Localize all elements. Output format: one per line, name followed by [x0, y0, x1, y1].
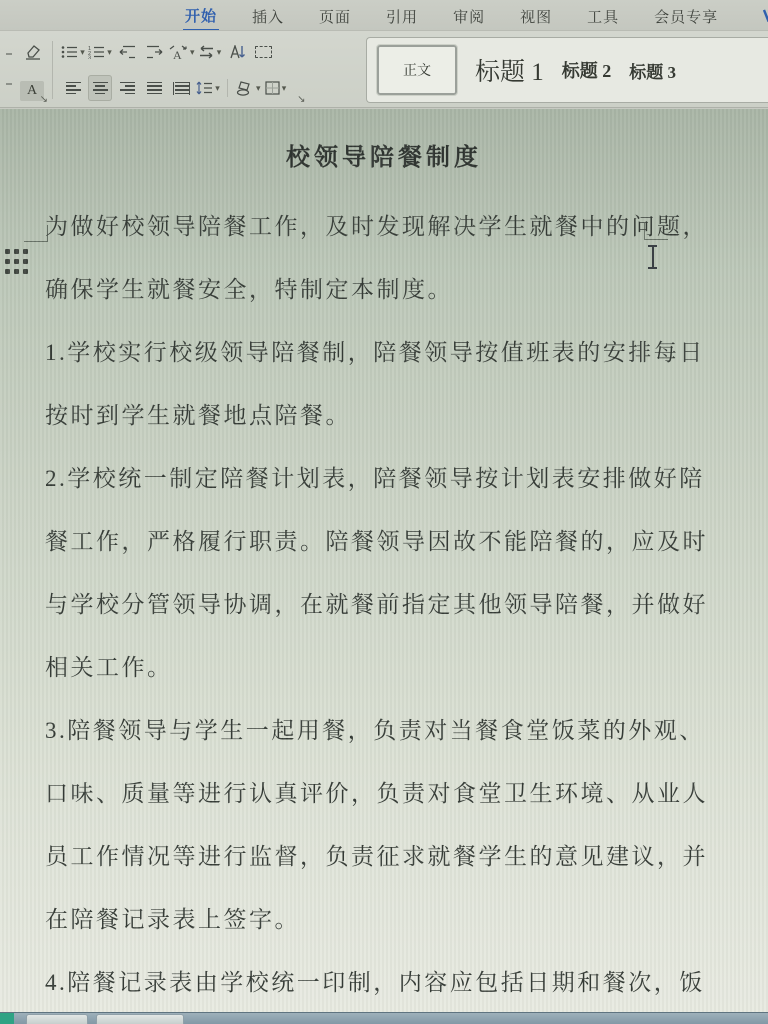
- font-group: A ↘: [14, 37, 50, 103]
- wps-logo[interactable]: WP: [763, 7, 768, 24]
- doc-line: 为做好校领导陪餐工作，及时发现解决学生就餐中的问题，: [45, 193, 730, 256]
- shading-icon[interactable]: ▾: [235, 75, 261, 101]
- toolbar-separator: [52, 41, 53, 99]
- numbered-list-icon[interactable]: 1 2 3 ▾: [88, 39, 112, 65]
- paragraph-group: ▾ 1 2 3 ▾: [55, 37, 302, 103]
- taskbar: [0, 1012, 768, 1024]
- line-spacing-icon[interactable]: ▾: [196, 75, 220, 101]
- paragraph-dialog-launcher-icon[interactable]: ↘: [297, 94, 305, 105]
- doc-line: 确保学生就餐安全，特制定本制度。: [45, 256, 730, 319]
- menu-tab-view[interactable]: 视图: [518, 1, 554, 30]
- borders-icon[interactable]: ▾: [264, 75, 288, 101]
- style-heading-1[interactable]: 标题 1: [475, 52, 544, 88]
- toolbar: A ↘ ▾ 1 2 3 ▾: [0, 30, 768, 108]
- doc-line: 在陪餐记录表上签字。: [45, 886, 730, 949]
- distribute-text-icon[interactable]: [169, 75, 193, 101]
- menu-tab-reference[interactable]: 引用: [384, 1, 420, 30]
- menu-tab-insert[interactable]: 插入: [250, 1, 286, 30]
- doc-line: 员工作情况等进行监督，负责征求就餐学生的意见建议，并: [45, 823, 730, 886]
- show-formatting-marks-icon[interactable]: [252, 39, 276, 65]
- menu-tab-review[interactable]: 审阅: [451, 1, 487, 30]
- bullet-list-icon[interactable]: ▾: [61, 39, 85, 65]
- style-heading-3[interactable]: 标题 3: [629, 58, 676, 83]
- align-center-icon[interactable]: [88, 75, 112, 101]
- menu-bar: 开始 插入 页面 引用 审阅 视图 工具 会员专享 WP: [0, 0, 768, 30]
- doc-line: 口味、质量等进行认真评价，负责对食堂卫生环境、从业人: [45, 760, 730, 823]
- text-cursor-icon: [648, 245, 657, 269]
- wps-logo-icon: [763, 8, 768, 22]
- taskbar-button[interactable]: [26, 1014, 88, 1024]
- style-heading-2[interactable]: 标题 2: [562, 57, 612, 83]
- clear-format-icon[interactable]: [20, 39, 44, 65]
- doc-line: 按时到学生就餐地点陪餐。: [45, 382, 730, 445]
- style-gallery: 正文 标题 1 标题 2 标题 3: [366, 37, 768, 103]
- toolbar-separator: [227, 79, 228, 97]
- increase-indent-icon[interactable]: [142, 39, 166, 65]
- clipped-toolbar-icons: [6, 37, 14, 103]
- menu-tab-page[interactable]: 页面: [317, 1, 353, 30]
- align-left-icon[interactable]: [61, 75, 85, 101]
- font-dialog-launcher-icon[interactable]: ↘: [40, 94, 48, 105]
- document-title: 校领导陪餐制度: [0, 137, 768, 172]
- doc-line: 餐工作，严格履行职责。陪餐领导因故不能陪餐的，应及时: [45, 508, 730, 571]
- menu-tab-member[interactable]: 会员专享: [652, 1, 720, 30]
- menu-tab-tools[interactable]: 工具: [585, 1, 621, 30]
- doc-line: 与学校分管领导协调，在就餐前指定其他领导陪餐，并做好: [45, 571, 730, 634]
- doc-line: 相关工作。: [45, 634, 730, 697]
- doc-line: 4.陪餐记录表由学校统一印制，内容应包括日期和餐次，饭: [45, 949, 730, 1012]
- align-right-icon[interactable]: [115, 75, 139, 101]
- sort-icon[interactable]: [225, 39, 249, 65]
- justify-icon[interactable]: [142, 75, 166, 101]
- decrease-indent-icon[interactable]: [115, 39, 139, 65]
- svg-text:A: A: [173, 48, 182, 60]
- document-body[interactable]: 为做好校领导陪餐工作，及时发现解决学生就餐中的问题， 确保学生就餐安全，特制定本…: [45, 193, 730, 1012]
- style-normal[interactable]: 正文: [377, 45, 457, 95]
- wrap-text-icon[interactable]: ▾: [198, 39, 222, 65]
- menu-tab-home[interactable]: 开始: [183, 0, 219, 31]
- doc-line: 1.学校实行校级领导陪餐制，陪餐领导按值班表的安排每日: [45, 319, 730, 382]
- doc-line: 2.学校统一制定陪餐计划表，陪餐领导按计划表安排做好陪: [45, 445, 730, 508]
- taskbar-button[interactable]: [96, 1014, 184, 1024]
- drag-handle-icon[interactable]: [5, 249, 31, 295]
- text-direction-icon[interactable]: A ▾: [169, 39, 195, 65]
- doc-line: 3.陪餐领导与学生一起用餐，负责对当餐食堂饭菜的外观、: [45, 697, 730, 760]
- svg-text:3: 3: [88, 56, 91, 60]
- taskbar-start-button[interactable]: [0, 1013, 14, 1024]
